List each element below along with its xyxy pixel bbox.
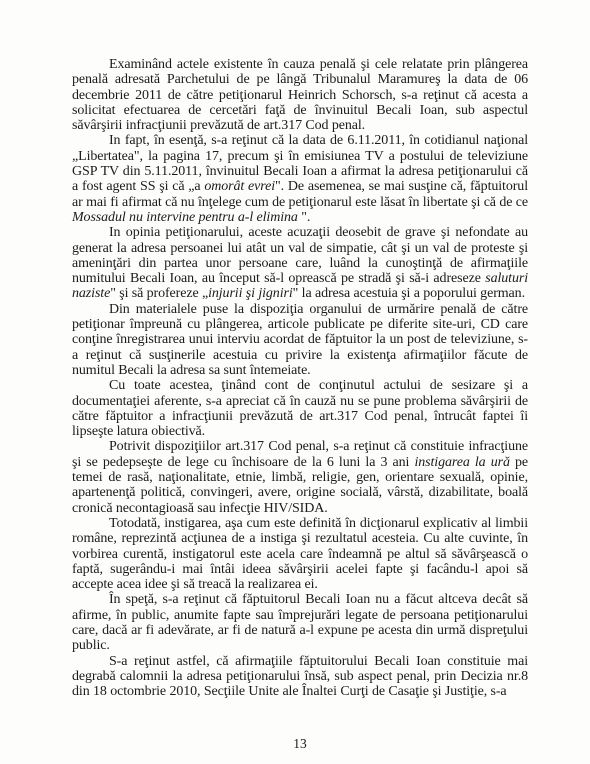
paragraph: În speţă, s-a reţinut că făptuitorul Bec… [72, 592, 528, 653]
scanned-document-page: Examinând actele existente în cauza pena… [0, 0, 590, 764]
text-run-italic: omorât evrei [204, 179, 275, 194]
paragraph: Potrivit dispoziţiilor art.317 Cod penal… [72, 439, 528, 515]
text-run: Din materialele puse la dispoziţia organ… [72, 302, 528, 378]
paragraph: Din materialele puse la dispoziţia organ… [72, 302, 528, 378]
paragraph: S-a reţinut astfel, că afirmaţiile făptu… [72, 654, 528, 700]
text-run: S-a reţinut astfel, că afirmaţiile făptu… [72, 654, 528, 700]
text-run: " la adresa acestuia şi a poporului germ… [293, 286, 525, 301]
paragraph: Cu toate acestea, ţinând cont de conţinu… [72, 378, 528, 439]
text-run: În speţă, s-a reţinut că făptuitorul Bec… [72, 592, 528, 653]
document-body: Examinând actele existente în cauza pena… [72, 57, 528, 699]
text-run: Totodată, instigarea, aşa cum este defin… [72, 516, 528, 592]
paragraph: In fapt, în esenţă, s-a reţinut că la da… [72, 133, 528, 225]
text-run-italic: instigarea la ură [414, 455, 509, 470]
paragraph: Totodată, instigarea, aşa cum este defin… [72, 516, 528, 592]
text-run: Examinând actele existente în cauza pena… [72, 57, 528, 133]
text-run: " şi să profereze „ [110, 286, 208, 301]
page-number: 13 [72, 736, 528, 751]
text-run: ". [298, 210, 310, 225]
text-run: Cu toate acestea, ţinând cont de conţinu… [72, 378, 528, 439]
text-run-italic: injurii şi jigniri [208, 286, 293, 301]
text-run-italic: Mossadul nu intervine pentru a-l elimina [72, 210, 298, 225]
paragraph: In opinia petiţionarului, aceste acuzaţi… [72, 225, 528, 301]
paragraph: Examinând actele existente în cauza pena… [72, 57, 528, 133]
text-run: In opinia petiţionarului, aceste acuzaţi… [72, 225, 528, 286]
